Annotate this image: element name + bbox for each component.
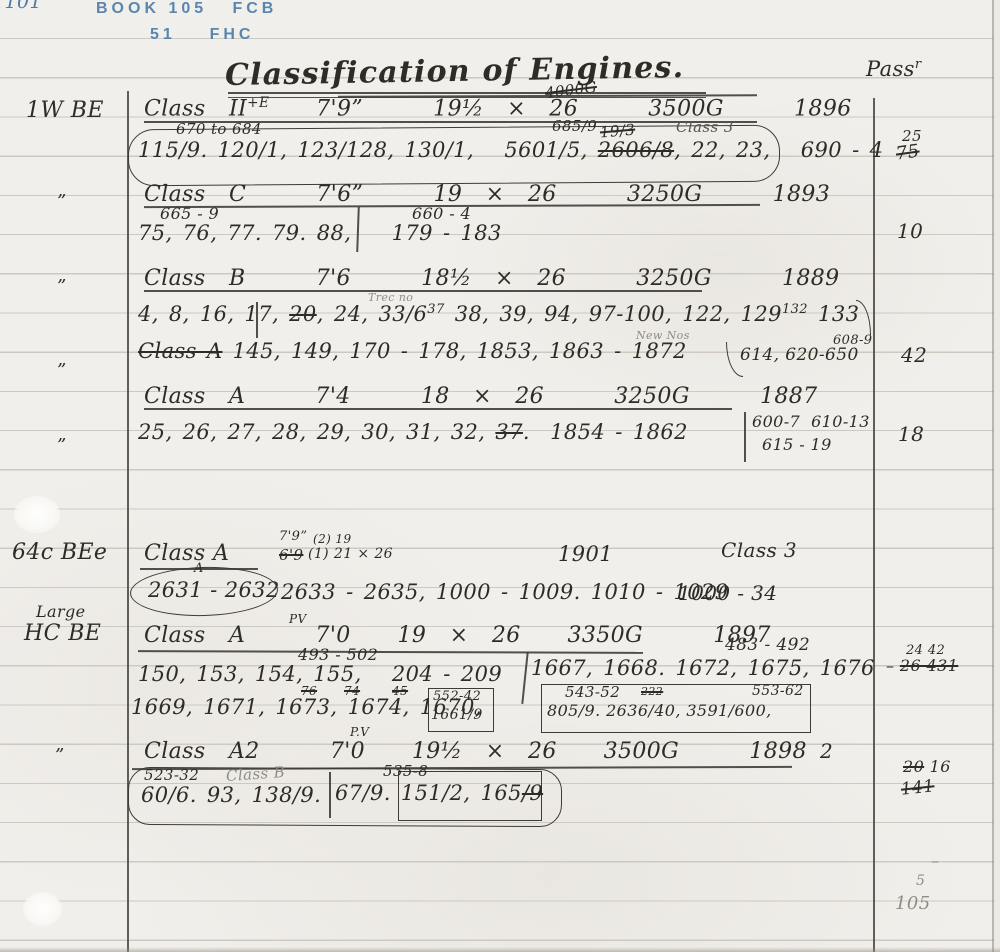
page-bottom-shadow xyxy=(0,947,1000,952)
row5-class-name: Class A xyxy=(144,542,229,565)
row3-struck-class-a: Class A xyxy=(138,339,223,363)
row3-nums-a: 4, 8, 16, 17, xyxy=(138,302,289,326)
scanned-ledger-page: 1101 BOOK 105 FCB 51 FHC Classification … xyxy=(0,0,1000,952)
row3-inserted-132: 132 xyxy=(782,302,808,317)
row2-engine-numbers: 75, 76, 77. 79. 88, 179 - 183 xyxy=(138,222,502,244)
row7-nums-struck: /9 xyxy=(522,781,543,805)
row1-nums-b: , 22, 23, 690 - 4 xyxy=(674,138,883,162)
row6-heading-underline xyxy=(138,650,643,653)
row6-annotation-483-492: 483 - 492 xyxy=(725,637,810,655)
row4-pass-value: 18 xyxy=(898,424,924,445)
row6-struck-token-3: 45 xyxy=(392,685,408,698)
row3-nums-b: , 24, 33/6 xyxy=(317,302,428,326)
row6-struck-token-1: 76 xyxy=(301,685,317,698)
page-number: 105 xyxy=(895,895,931,914)
margin-ditto-1: ” xyxy=(57,193,67,212)
book-reference-stamp-2: 51 FHC xyxy=(150,27,254,44)
row2-class-heading: Class C 7'6” 19 × 26 3250G 1893 xyxy=(144,183,830,206)
pass-superscript: r xyxy=(915,57,922,72)
row4-extra-numbers-1: 600-7 610-13 xyxy=(752,414,870,431)
footer-faint-figure: 5 xyxy=(916,874,925,889)
row1-class-name: Class II xyxy=(144,96,247,121)
row6-divider-stroke xyxy=(521,652,528,704)
row7-pass-new: 16 xyxy=(924,757,951,776)
row6-pass-dash: – xyxy=(886,656,900,675)
hole-punch-top xyxy=(14,496,60,533)
row3-inserted-37: 37 xyxy=(427,302,444,317)
row7-pass-old: 20 xyxy=(903,757,924,776)
title-underline-1 xyxy=(228,92,706,94)
row5-cylinder-note-1: (2) 19 xyxy=(313,533,351,546)
left-column-rule xyxy=(127,91,129,952)
row7-pass-value: 20 16 xyxy=(903,759,951,776)
row6-box1-top: 552-42 xyxy=(433,690,481,704)
row3-nums-d: 133 xyxy=(808,302,859,326)
pass-column-header: Passr xyxy=(866,58,922,80)
row3-pass-value: 42 xyxy=(901,345,927,366)
row4-nums-struck: 37 xyxy=(495,420,523,444)
row7-annotation-535-8: 535-8 xyxy=(383,764,428,780)
row7-engine-numbers-right: 67/9. 151/2, 165/9 xyxy=(335,782,543,804)
margin-label-64c-be: 64c BEe xyxy=(12,541,107,564)
row3-extra-annotation: 608-9 xyxy=(833,334,872,348)
row6-box2-struck: 222 xyxy=(641,686,663,698)
row5-cylinder-note-2: (1) 21 × 26 xyxy=(308,547,393,562)
row7-pv-note: P.V xyxy=(350,726,369,739)
row4-nums-a: 25, 26, 27, 28, 29, 30, 31, 32, xyxy=(138,420,495,444)
row6-pv-note: PV xyxy=(289,613,307,626)
row6-box2-top-right: 553-62 xyxy=(752,684,804,699)
page-title: Classification of Engines. xyxy=(225,52,685,92)
row3-nums-c: 38, 39, 94, 97-100, 122, 129 xyxy=(445,302,782,326)
footer-dash-mark: – xyxy=(931,853,939,870)
row3-pencil-note-2: New Nos xyxy=(636,330,690,342)
margin-ditto-2: ” xyxy=(57,278,67,297)
row6-class-heading: Class A 7'0 19 × 26 3350G 1897 xyxy=(144,624,771,647)
row1-engine-numbers: 115/9. 120/1, 123/128, 130/1, 5601/5, 26… xyxy=(138,139,883,161)
row7-nums-b: 67/9. 151/2, 165 xyxy=(335,781,522,805)
hole-punch-bottom xyxy=(23,892,62,926)
row2-pass-value: 10 xyxy=(897,221,923,242)
row6-engine-numbers-right: 1667, 1668. 1672, 1675, 1676 xyxy=(531,657,875,679)
row3-class-heading: Class B 7'6 18½ × 26 3250G 1889 xyxy=(144,267,840,290)
row1-nums-struck: 2606/8 xyxy=(598,138,674,162)
row6-box1-bottom: 1661/9 xyxy=(431,708,483,723)
row1-class-suffix: +E xyxy=(247,95,269,111)
row5-circled-numbers: 2631 - 2632 xyxy=(148,579,280,601)
row5-engine-numbers: 2633 - 2635, 1000 - 1009. 1010 - 1029 xyxy=(281,581,729,603)
margin-label-large: Large xyxy=(36,604,86,621)
row3-extra-numbers: 614, 620-650 xyxy=(740,347,859,365)
row1-pass-old: 75 xyxy=(895,142,921,164)
margin-ditto-5: ” xyxy=(55,747,65,766)
margin-ditto-3: ” xyxy=(57,362,67,381)
row4-extra-numbers-2: 615 - 19 xyxy=(762,437,832,454)
row5-class3-note: Class 3 xyxy=(721,540,797,561)
page-right-edge xyxy=(994,0,1000,952)
pass-label: Pass xyxy=(866,57,915,81)
row5-year: 1901 xyxy=(558,543,613,565)
pass-column-rule xyxy=(873,98,875,952)
row7-tail-figure: 2 xyxy=(820,741,833,762)
row1-class-heading: Class II+E 7'9” 19½ × 26 3500G 1896 xyxy=(144,96,852,120)
row4-class-heading: Class A 7'4 18 × 26 3250G 1887 xyxy=(144,385,818,408)
row6-struck-token-2: 74 xyxy=(344,685,360,698)
row6-engine-numbers: 150, 153, 154, 155, 204 - 209 xyxy=(138,663,502,685)
row6-engine-numbers-line2: 1669, 1671, 1673, 1674, 1670, xyxy=(131,696,482,718)
page-right-edge-line xyxy=(992,0,994,952)
corner-number: 1101 xyxy=(0,0,42,13)
row7-class-heading: Class A2 7'0 19½ × 26 3500G 1898 xyxy=(144,740,807,763)
row5-corrected-diameter: 7'9” xyxy=(279,530,307,544)
margin-label-1w-be: 1W BE xyxy=(26,99,104,122)
row4-engine-numbers: 25, 26, 27, 28, 29, 30, 31, 32, 37. 1854… xyxy=(138,421,688,443)
row4-nums-b: . 1854 - 1862 xyxy=(523,420,688,444)
row7-engine-numbers-left: 60/6. 93, 138/9. xyxy=(141,784,321,806)
margin-ditto-4: ” xyxy=(57,437,67,456)
row3-nums-line2: 145, 149, 170 - 178, 1853, 1863 - 1872 xyxy=(223,339,687,363)
row6-pass-old: – 26 431 xyxy=(886,658,958,675)
row1-annotation-670-684: 670 to 684 xyxy=(176,122,262,138)
row3-engine-numbers-line2: Class A 145, 149, 170 - 178, 1853, 1863 … xyxy=(138,340,687,362)
book-reference-stamp: BOOK 105 FCB xyxy=(96,1,277,18)
row6-pass-old-struck: 26 431 xyxy=(900,656,958,675)
row1-class3-note: Class 3 xyxy=(676,120,734,136)
row7-annotation-523-32: 523-32 xyxy=(144,768,199,784)
row7-pass-struck: 141 xyxy=(900,778,935,799)
row1-nums-a: 115/9. 120/1, 123/128, 130/1, 5601/5, xyxy=(138,138,598,162)
row5-extra-numbers: 1000 - 34 xyxy=(678,583,777,604)
row5-inserted-a: A xyxy=(194,562,204,576)
margin-label-hc-be: HC BE xyxy=(24,622,101,645)
row3-engine-numbers: 4, 8, 16, 17, 20, 24, 33/637 38, 39, 94,… xyxy=(138,303,859,325)
row6-box2-top-left: 543-52 xyxy=(565,685,620,701)
row3-nums-struck: 20 xyxy=(289,302,317,326)
row1-annotation-685-9: 685/9 xyxy=(552,119,597,135)
row4-divider-stroke xyxy=(744,412,746,462)
row5-struck-diameter: 6'9 xyxy=(279,548,303,564)
row6-box2-numbers: 805/9. 2636/40, 3591/600, xyxy=(547,703,772,720)
